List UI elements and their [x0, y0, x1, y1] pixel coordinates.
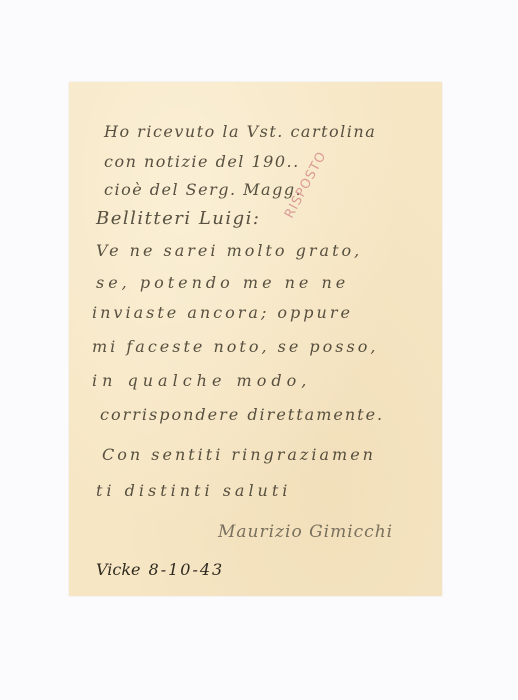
letter-line-1: Ho ricevuto la Vst. cartolina — [104, 122, 376, 141]
letter-line-12: ti distinti saluti — [96, 481, 291, 500]
letter-line-5: Ve ne sarei molto grato, — [96, 241, 362, 260]
letter-line-7: inviaste ancora; oppure — [92, 303, 353, 322]
letter-line-4: Bellitteri Luigi: — [96, 208, 261, 229]
letter-line-9: in qualche modo, — [92, 371, 311, 390]
letter-line-3: cioè del Serg. Magg. — [104, 180, 302, 199]
letter-line-10: corrispondere direttamente. — [100, 405, 384, 424]
letter-line-11: Con sentiti ringraziamen — [102, 445, 376, 464]
letter-line-2: con notizie del 190.. — [104, 152, 300, 171]
place: Vicke — [96, 560, 141, 579]
place-date: Vicke8-10-43 — [96, 560, 224, 579]
letter-line-6: se, potendo me ne ne — [96, 273, 349, 292]
date: 8-10-43 — [149, 560, 225, 579]
signature: Maurizio Gimicchi — [218, 522, 393, 542]
letter-line-8: mi faceste noto, se posso, — [92, 337, 378, 356]
